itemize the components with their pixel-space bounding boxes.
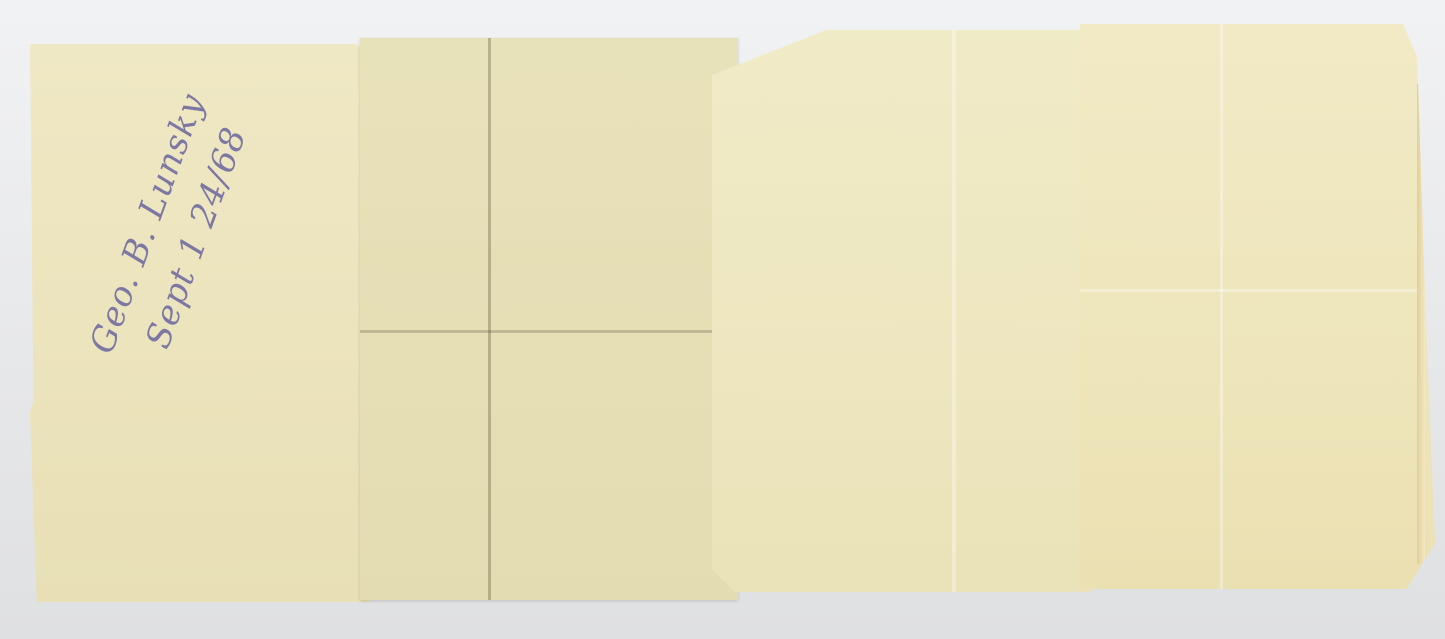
paper-panel-center-left [360, 38, 738, 600]
crease-line [1220, 24, 1223, 589]
paper-panel-right [1080, 24, 1435, 589]
crease-line [1080, 289, 1420, 292]
fold-line [360, 330, 738, 333]
paper-panel-center-right [712, 30, 1092, 592]
fold-line [488, 38, 491, 600]
crease-line [952, 30, 956, 592]
